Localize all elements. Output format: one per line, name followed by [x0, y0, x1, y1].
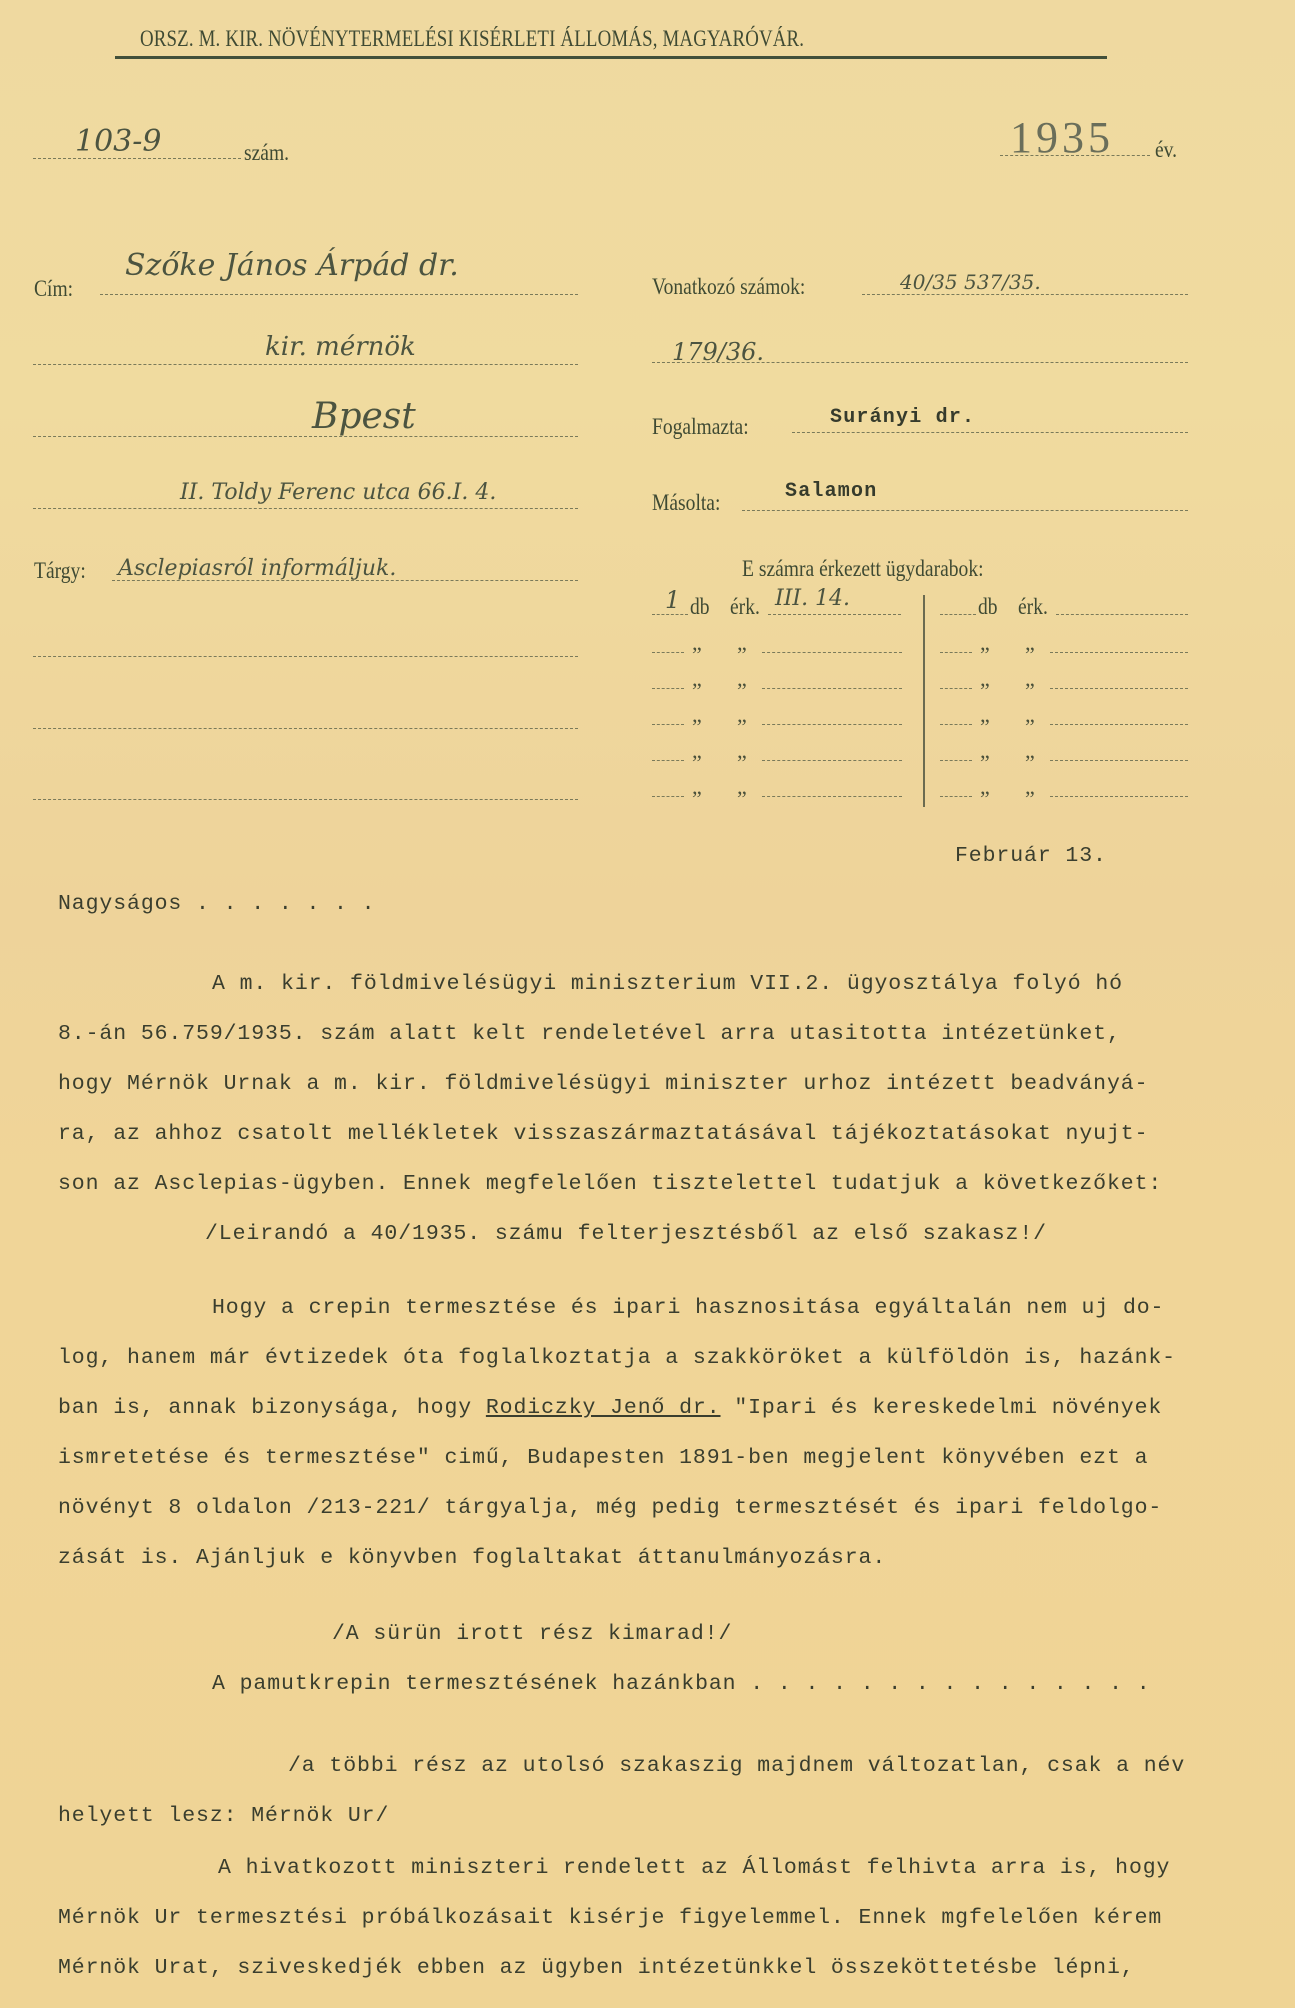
body-text: "Ipari és kereskedelmi növények — [721, 1396, 1163, 1420]
address-title: kir. mérnök — [265, 332, 416, 362]
ditto-dash — [762, 760, 902, 761]
copied-line — [742, 510, 1188, 511]
ditto-dash — [940, 724, 972, 725]
body-line: növényt 8 oldalon /213-221/ tárgyalja, m… — [58, 1496, 1162, 1520]
ditto-mark: ” — [1025, 714, 1035, 740]
ditto-mark: ” — [692, 714, 702, 740]
body-line: ismretetése és termesztése" cimű, Budape… — [58, 1446, 1148, 1470]
letter-date: Február 13. — [955, 844, 1107, 868]
ditto-mark: ” — [1025, 750, 1035, 776]
body-line: A hivatkozott miniszteri rendelett az Ál… — [218, 1856, 1170, 1880]
left-erk-label: érk. — [730, 594, 760, 620]
body-line: Mérnök Urat, sziveskedjék ebben az ügybe… — [58, 1956, 1135, 1980]
ditto-mark: ” — [980, 678, 990, 704]
ditto-dash — [1050, 724, 1188, 725]
address-line-2 — [33, 364, 578, 365]
ditto-dash — [1050, 652, 1188, 653]
ditto-dash — [652, 652, 684, 653]
year-value: 1935 — [1010, 112, 1114, 163]
ditto-mark: ” — [692, 678, 702, 704]
body-line: zását is. Ajánljuk e könyvben foglaltaka… — [58, 1546, 886, 1570]
blank-line-2 — [33, 728, 578, 729]
document-page: ORSZ. M. KIR. NÖVÉNYTERMELÉSI KISÉRLETI … — [0, 0, 1295, 2008]
ditto-mark: ” — [692, 750, 702, 776]
ditto-mark: ” — [737, 678, 747, 704]
right-db-label: db — [978, 594, 998, 620]
header-rule — [115, 56, 1107, 59]
ditto-dash — [940, 796, 972, 797]
ditto-dash — [652, 724, 684, 725]
ditto-dash — [940, 760, 972, 761]
instruction-note: /a többi rész az utolsó szakaszig majdne… — [288, 1754, 1185, 1778]
drafted-value: Surányi dr. — [830, 406, 975, 429]
ditto-mark: ” — [1025, 786, 1035, 812]
ditto-dash — [762, 652, 902, 653]
body-line: A m. kir. földmivelésügyi miniszterium V… — [212, 972, 1123, 996]
body-line: son az Asclepias-ügyben. Ennek megfelelő… — [58, 1172, 1162, 1196]
right-erk-label: érk. — [1018, 594, 1048, 620]
left-date-value: III. 14. — [775, 586, 850, 611]
ditto-mark: ” — [1025, 642, 1035, 668]
body-line: log, hanem már évtizedek óta foglalkozta… — [58, 1346, 1176, 1370]
related-line-1 — [862, 294, 1188, 295]
drafted-label: Fogalmazta: — [652, 414, 749, 440]
instruction-note: /Leirandó a 40/1935. számu felterjesztés… — [205, 1222, 1047, 1246]
ditto-mark: ” — [980, 750, 990, 776]
ditto-mark: ” — [737, 750, 747, 776]
body-line: A pamutkrepin termesztésének hazánkban .… — [212, 1672, 1151, 1696]
ditto-mark: ” — [692, 642, 702, 668]
ditto-dash — [652, 688, 684, 689]
body-line: ra, az ahhoz csatolt mellékletek visszas… — [58, 1122, 1148, 1146]
copied-label: Másolta: — [652, 490, 720, 516]
ditto-mark: ” — [737, 786, 747, 812]
letter-salutation: Nagyságos . . . . . . . — [58, 892, 375, 916]
institution-header: ORSZ. M. KIR. NÖVÉNYTERMELÉSI KISÉRLETI … — [140, 26, 804, 52]
author-reference: Rodiczky Jenő dr. — [486, 1396, 721, 1420]
ditto-mark: ” — [1025, 678, 1035, 704]
address-city: Bpest — [312, 396, 416, 437]
subject-label: Tárgy: — [34, 558, 86, 584]
body-line: Mérnök Ur termesztési próbálkozásait kis… — [58, 1906, 1162, 1930]
address-name: Szőke János Árpád dr. — [125, 248, 459, 283]
blank-line-1 — [33, 656, 578, 657]
left-count-line — [652, 614, 688, 615]
ditto-dash — [940, 688, 972, 689]
ditto-mark: ” — [980, 642, 990, 668]
body-line-with-reference: ban is, annak bizonysága, hogy Rodiczky … — [58, 1396, 1162, 1420]
related-label: Vonatkozó számok: — [652, 274, 805, 300]
address-line-3 — [33, 436, 578, 437]
right-date-line — [1056, 614, 1188, 615]
ditto-dash — [1050, 796, 1188, 797]
ditto-dash — [940, 652, 972, 653]
copied-value: Salamon — [785, 480, 877, 503]
ditto-dash — [652, 760, 684, 761]
right-count-line — [940, 614, 976, 615]
left-count-value: 1 — [665, 586, 680, 614]
items-received-title: E számra érkezett ügydarabok: — [742, 556, 984, 582]
ditto-dash — [652, 796, 684, 797]
items-column-divider — [923, 595, 925, 807]
ditto-mark: ” — [692, 786, 702, 812]
address-street: II. Toldy Ferenc utca 66.I. 4. — [180, 480, 496, 505]
body-line: Hogy a crepin termesztése és ipari haszn… — [212, 1296, 1164, 1320]
address-line-1 — [100, 294, 578, 295]
ditto-mark: ” — [737, 714, 747, 740]
ditto-mark: ” — [980, 714, 990, 740]
address-line-4 — [33, 508, 578, 509]
body-text: ban is, annak bizonysága, hogy — [58, 1396, 486, 1420]
year-label: év. — [1155, 137, 1177, 163]
blank-line-3 — [33, 799, 578, 800]
instruction-note: helyett lesz: Mérnök Ur/ — [58, 1804, 389, 1828]
ditto-dash — [762, 688, 902, 689]
ditto-dash — [762, 796, 902, 797]
number-label: szám. — [244, 140, 289, 166]
body-line: 8.-án 56.759/1935. szám alatt kelt rende… — [58, 1022, 1121, 1046]
related-value-2: 179/36. — [672, 338, 764, 366]
left-date-line — [768, 614, 901, 615]
ditto-dash — [1050, 760, 1188, 761]
instruction-note: /A sürün irott rész kimarad!/ — [332, 1622, 732, 1646]
ditto-mark: ” — [737, 642, 747, 668]
number-value: 103-9 — [75, 124, 161, 159]
left-db-label: db — [690, 594, 710, 620]
ditto-dash — [1050, 688, 1188, 689]
related-value-1: 40/35 537/35. — [900, 270, 1041, 294]
body-line: hogy Mérnök Urnak a m. kir. földmivelésü… — [58, 1072, 1148, 1096]
ditto-mark: ” — [980, 786, 990, 812]
ditto-dash — [762, 724, 902, 725]
subject-value: Asclepiasról informáljuk. — [118, 556, 396, 581]
address-label: Cím: — [34, 276, 73, 302]
drafted-line — [792, 432, 1188, 433]
